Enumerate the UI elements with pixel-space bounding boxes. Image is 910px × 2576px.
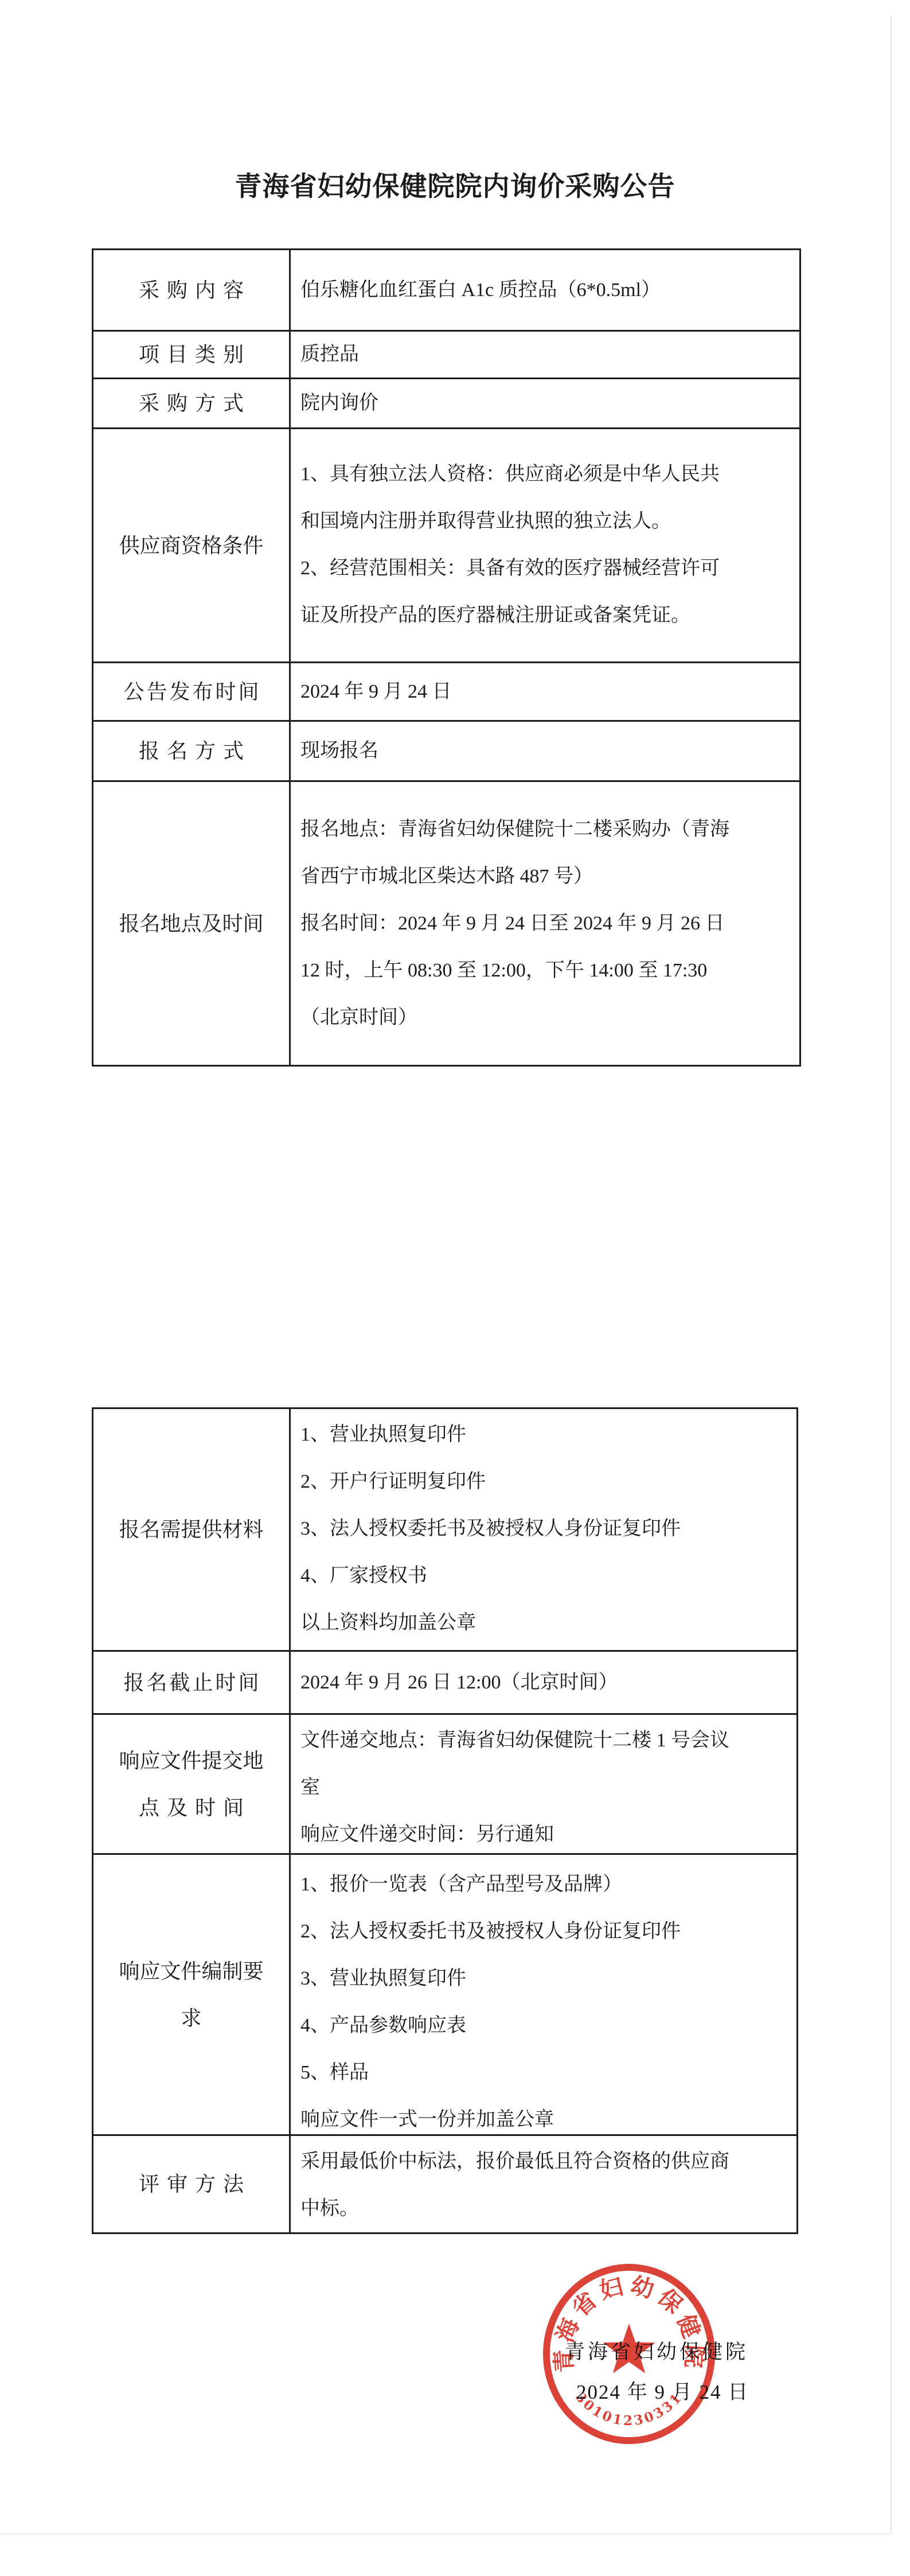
value-line: 响应文件递交时间：另行通知 <box>300 1811 796 1858</box>
row-label: 报名截止时间 <box>93 1652 291 1713</box>
value-line: 1、报价一览表（含产品型号及品牌） <box>300 1861 796 1908</box>
table-row: 公告发布时间 2024 年 9 月 24 日 <box>93 661 799 720</box>
row-label-text: 报名方式 <box>139 727 251 775</box>
row-label-text: 响应文件编制要 <box>119 1948 263 1995</box>
row-value: 现场报名 <box>291 722 799 780</box>
row-label: 报名地点及时间 <box>93 782 291 1065</box>
table-row: 报名地点及时间 报名地点：青海省妇幼保健院十二楼采购办（青海 省西宁市城北区柴达… <box>93 780 799 1065</box>
value-line: 院内询价 <box>300 380 799 427</box>
value-line: 1、具有独立法人资格：供应商必须是中华人民共 <box>300 451 799 498</box>
row-label: 供应商资格条件 <box>93 429 291 661</box>
value-line: 3、营业执照复印件 <box>300 1955 796 2002</box>
row-label: 报名方式 <box>93 722 291 780</box>
value-line: 现场报名 <box>300 727 799 775</box>
row-value: 采用最低价中标法，报价最低且符合资格的供应商 中标。 <box>291 2136 796 2232</box>
value-line: 文件递交地点：青海省妇幼保健院十二楼 1 号会议 <box>300 1717 796 1764</box>
row-value: 文件递交地点：青海省妇幼保健院十二楼 1 号会议 室 响应文件递交时间：另行通知 <box>291 1715 796 1853</box>
row-label: 报名需提供材料 <box>93 1409 291 1650</box>
page-title: 青海省妇幼保健院院内询价采购公告 <box>0 165 910 204</box>
row-value: 1、报价一览表（含产品型号及品牌） 2、法人授权委托书及被授权人身份证复印件 3… <box>291 1855 796 2134</box>
row-label-text: 采购内容 <box>139 267 251 314</box>
table-row: 报名方式 现场报名 <box>93 720 799 780</box>
value-line: 中标。 <box>300 2185 796 2232</box>
row-label: 项目类别 <box>93 332 291 378</box>
value-line: 2024 年 9 月 26 日 12:00（北京时间） <box>300 1659 796 1706</box>
row-label-text: 公告发布时间 <box>123 668 261 715</box>
value-line: 质控品 <box>300 331 799 378</box>
row-label: 响应文件提交地 点及时间 <box>93 1715 291 1853</box>
value-line: 省西宁市城北区柴达木路 487 号） <box>300 853 799 900</box>
value-line: 报名时间：2024 年 9 月 24 日至 2024 年 9 月 26 日 <box>300 900 799 947</box>
value-line: 1、营业执照复印件 <box>300 1411 796 1458</box>
row-label-text: 点及时间 <box>139 1784 251 1831</box>
row-label: 公告发布时间 <box>93 663 291 720</box>
row-label: 响应文件编制要 求 <box>93 1855 291 2134</box>
row-value: 2024 年 9 月 26 日 12:00（北京时间） <box>291 1652 796 1713</box>
row-label-text: 供应商资格条件 <box>119 522 263 569</box>
table-row: 采购内容 伯乐糖化血红蛋白 A1c 质控品（6*0.5ml） <box>93 250 799 330</box>
row-label: 评审方法 <box>93 2136 291 2232</box>
row-value: 1、具有独立法人资格：供应商必须是中华人民共 和国境内注册并取得营业执照的独立法… <box>291 429 799 661</box>
table-row: 报名截止时间 2024 年 9 月 26 日 12:00（北京时间） <box>93 1650 796 1713</box>
row-value: 报名地点：青海省妇幼保健院十二楼采购办（青海 省西宁市城北区柴达木路 487 号… <box>291 782 799 1065</box>
value-line: （北京时间） <box>300 994 799 1041</box>
row-label-text: 求 <box>181 1995 201 2042</box>
value-line: 2、经营范围相关：具备有效的医疗器械经营许可 <box>300 545 799 592</box>
row-label-text: 采购方式 <box>139 380 251 427</box>
row-label-text: 报名地点及时间 <box>119 900 263 947</box>
row-value: 院内询价 <box>291 379 799 427</box>
table-row: 项目类别 质控品 <box>93 330 799 378</box>
table-row: 供应商资格条件 1、具有独立法人资格：供应商必须是中华人民共 和国境内注册并取得… <box>93 427 799 661</box>
value-line: 4、产品参数响应表 <box>300 2002 796 2049</box>
value-line: 报名地点：青海省妇幼保健院十二楼采购办（青海 <box>300 806 799 853</box>
seal-org-name: 青海省妇幼保健院 <box>565 2336 748 2365</box>
value-line: 室 <box>300 1764 796 1811</box>
row-value: 质控品 <box>291 332 799 378</box>
row-label-text: 项目类别 <box>139 331 251 378</box>
row-value: 伯乐糖化血红蛋白 A1c 质控品（6*0.5ml） <box>291 250 799 330</box>
value-line: 2024 年 9 月 24 日 <box>300 668 799 715</box>
table-row: 采购方式 院内询价 <box>93 378 799 427</box>
row-value: 1、营业执照复印件 2、开户行证明复印件 3、法人授权委托书及被授权人身份证复印… <box>291 1409 796 1650</box>
table-row: 报名需提供材料 1、营业执照复印件 2、开户行证明复印件 3、法人授权委托书及被… <box>93 1409 796 1650</box>
row-label-text: 报名截止时间 <box>123 1659 261 1706</box>
row-label: 采购内容 <box>93 250 291 330</box>
table-row: 评审方法 采用最低价中标法，报价最低且符合资格的供应商 中标。 <box>93 2134 796 2232</box>
value-line: 伯乐糖化血红蛋白 A1c 质控品（6*0.5ml） <box>300 267 799 314</box>
value-line: 以上资料均加盖公章 <box>300 1600 796 1647</box>
procurement-info-table: 采购内容 伯乐糖化血红蛋白 A1c 质控品（6*0.5ml） 项目类别 质控品 … <box>92 248 801 1067</box>
page-bottom-edge-line <box>0 2534 892 2535</box>
row-value: 2024 年 9 月 24 日 <box>291 663 799 720</box>
value-line: 2、法人授权委托书及被授权人身份证复印件 <box>300 1908 796 1955</box>
page-edge-line <box>891 17 892 2535</box>
value-line: 4、厂家授权书 <box>300 1552 796 1600</box>
value-line: 证及所投产品的医疗器械注册证或备案凭证。 <box>300 592 799 639</box>
value-line: 2、开户行证明复印件 <box>300 1458 796 1505</box>
value-line: 5、样品 <box>300 2049 796 2096</box>
row-label: 采购方式 <box>93 379 291 427</box>
row-label-text: 响应文件提交地 <box>119 1737 263 1784</box>
value-line: 和国境内注册并取得营业执照的独立法人。 <box>300 498 799 545</box>
value-line: 3、法人授权委托书及被授权人身份证复印件 <box>300 1505 796 1552</box>
value-line: 采用最低价中标法，报价最低且符合资格的供应商 <box>300 2138 796 2185</box>
submission-info-table: 报名需提供材料 1、营业执照复印件 2、开户行证明复印件 3、法人授权委托书及被… <box>92 1407 798 2234</box>
value-line: 12 时，上午 08:30 至 12:00，下午 14:00 至 17:30 <box>300 947 799 994</box>
table-row: 响应文件提交地 点及时间 文件递交地点：青海省妇幼保健院十二楼 1 号会议 室 … <box>93 1713 796 1853</box>
row-label-text: 报名需提供材料 <box>119 1506 263 1553</box>
row-label-text: 评审方法 <box>139 2161 251 2208</box>
seal-date: 2024 年 9 月 24 日 <box>576 2376 749 2405</box>
table-row: 响应文件编制要 求 1、报价一览表（含产品型号及品牌） 2、法人授权委托书及被授… <box>93 1853 796 2134</box>
